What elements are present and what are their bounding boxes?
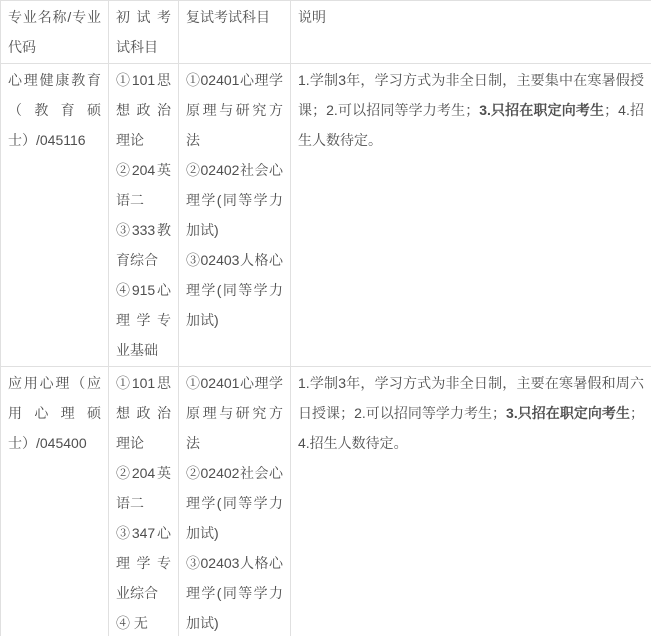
initial-subject-line: ③347心理学专业综合: [116, 518, 171, 608]
initial-subject-line: ②204英语二: [116, 458, 171, 518]
column-header-retest-exam-subjects: 复试考试科目: [179, 1, 291, 64]
column-header-notes: 说明: [291, 1, 651, 64]
retest-subject-line: ③02403人格心理学(同等学力加试): [186, 548, 283, 636]
initial-subjects-cell: ①101思想政治理论 ②204英语二 ③333教育综合 ④915心理学专业基础: [109, 64, 179, 367]
table-row-applied-psychology: 应用心理（应用心理硕士）/045400 ①101思想政治理论 ②204英语二 ③…: [1, 367, 651, 636]
initial-subject-line: ②204英语二: [116, 155, 171, 215]
retest-subject-line: ①02401心理学原理与研究方法: [186, 368, 283, 458]
admissions-subjects-table: 专业名称/专业代码 初试考试科目 复试考试科目 说明 心理健康教育（教育硕士）/…: [0, 0, 651, 636]
retest-subject-line: ③02403人格心理学(同等学力加试): [186, 245, 283, 335]
notes-cell: 1.学制3年，学习方式为非全日制，主要在寒暑假和周六日授课；2.可以招同等学力考…: [291, 367, 651, 636]
initial-subject-line: ④915心理学专业基础: [116, 275, 171, 365]
page: 专业名称/专业代码 初试考试科目 复试考试科目 说明 心理健康教育（教育硕士）/…: [0, 0, 651, 636]
major-name-code-cell: 心理健康教育（教育硕士）/045116: [1, 64, 109, 367]
retest-subject-line: ②02402社会心理学(同等学力加试): [186, 155, 283, 245]
retest-subject-line: ①02401心理学原理与研究方法: [186, 65, 283, 155]
initial-subject-line: ①101思想政治理论: [116, 65, 171, 155]
initial-subject-line: ③333教育综合: [116, 215, 171, 275]
retest-subjects-cell: ①02401心理学原理与研究方法 ②02402社会心理学(同等学力加试) ③02…: [179, 367, 291, 636]
initial-subjects-cell: ①101思想政治理论 ②204英语二 ③347心理学专业综合 ④ 无: [109, 367, 179, 636]
note-text-bold: 3.只招在职定向考生: [479, 102, 604, 118]
table-row-mental-health-education: 心理健康教育（教育硕士）/045116 ①101思想政治理论 ②204英语二 ③…: [1, 64, 651, 367]
initial-subject-line: ④ 无: [116, 608, 171, 636]
column-header-initial-exam-subjects: 初试考试科目: [109, 1, 179, 64]
major-name-code-cell: 应用心理（应用心理硕士）/045400: [1, 367, 109, 636]
notes-cell: 1.学制3年，学习方式为非全日制，主要集中在寒暑假授课；2.可以招同等学力考生；…: [291, 64, 651, 367]
column-header-major-code: 专业名称/专业代码: [1, 1, 109, 64]
retest-subject-line: ②02402社会心理学(同等学力加试): [186, 458, 283, 548]
note-text-bold: 3.只招在职定向考生: [506, 405, 630, 421]
retest-subjects-cell: ①02401心理学原理与研究方法 ②02402社会心理学(同等学力加试) ③02…: [179, 64, 291, 367]
initial-subject-line: ①101思想政治理论: [116, 368, 171, 458]
table-header-row: 专业名称/专业代码 初试考试科目 复试考试科目 说明: [1, 1, 651, 64]
